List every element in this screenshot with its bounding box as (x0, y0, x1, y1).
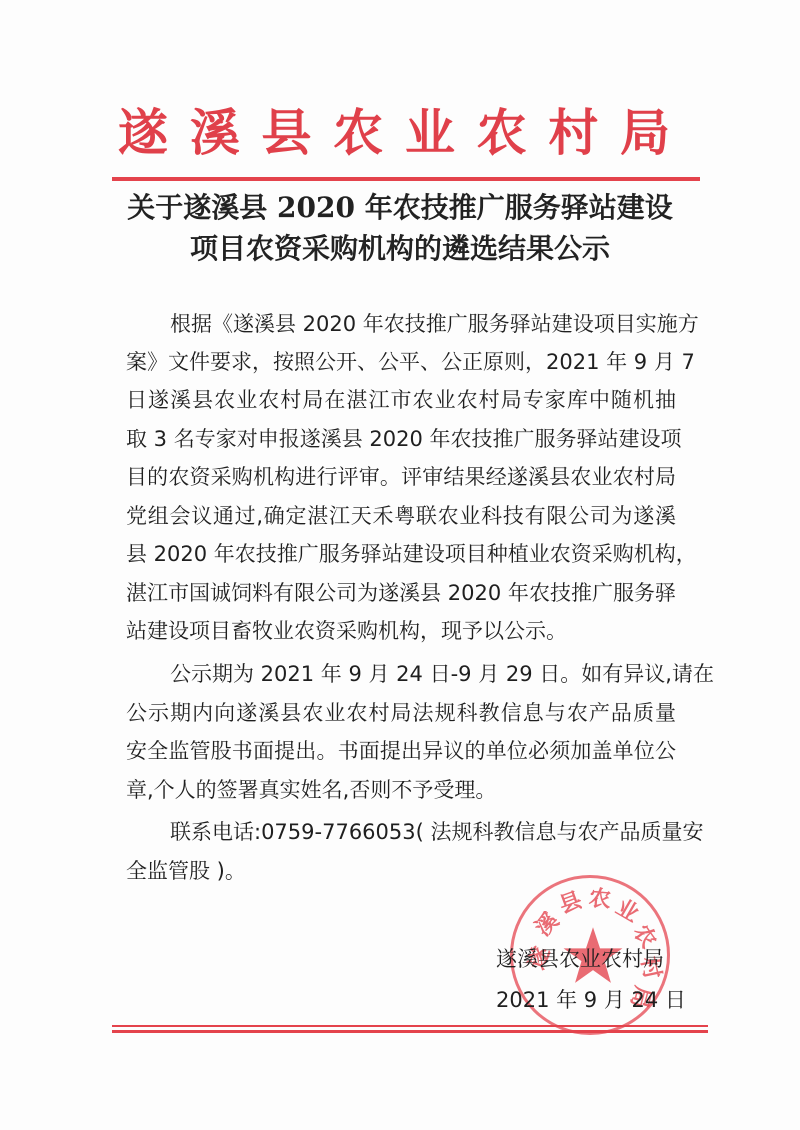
paragraph-line: 公示期内向遂溪县农业农村局法规科教信息与农产品质量 (126, 694, 676, 732)
contact-phone-line: 联系电话:0759-7766053( 法规科教信息与农产品质量安 (170, 813, 676, 851)
paragraph-line: 站建设项目畜牧业农资采购机构，现予以公示。 (126, 612, 676, 650)
document-title-line-1: 关于遂溪县 2020 年农技推广服务驿站建设 (100, 188, 700, 228)
issuer-signature: 遂溪县农业农村局 (496, 944, 664, 974)
paragraph-line: 根据《遂溪县 2020 年农技推广服务驿站建设项目实施方 (170, 305, 676, 343)
paragraph-line: 日遂溪县农业农村局在湛江市农业农村局专家库中随机抽 (126, 381, 676, 419)
paragraph-line: 公示期为 2021 年 9 月 24 日-9 月 29 日。如有异议,请在 (170, 655, 676, 693)
agency-header: 遂溪县农业农村局 (118, 100, 690, 166)
paragraph-line: 湛江市国诚饲料有限公司为遂溪县 2020 年农技推广服务驿 (126, 574, 676, 612)
paragraph-line: 党组会议通过,确定湛江天禾粤联农业科技有限公司为遂溪 (126, 497, 676, 535)
issue-date: 2021 年 9 月 24 日 (496, 985, 686, 1015)
paragraph-line: 章,个人的签署真实姓名,否则不予受理。 (126, 771, 676, 809)
footer-rule-top (112, 1025, 708, 1027)
seal-char: 农 (588, 881, 613, 914)
paragraph-line: 目的农资采购机构进行评审。评审结果经遂溪县农业农村局 (126, 458, 676, 496)
paragraph-line: 案》文件要求，按照公开、公平、公正原则，2021 年 9 月 7 (126, 343, 676, 381)
document-title-line-2: 项目农资采购机构的遴选结果公示 (100, 229, 700, 269)
paragraph-line: 安全监管股书面提出。书面提出异议的单位必须加盖单位公 (126, 732, 676, 770)
header-rule (112, 177, 700, 181)
paragraph-line: 县 2020 年农技推广服务驿站建设项目种植业农资采购机构， (126, 535, 676, 573)
footer-rule-bottom (112, 1030, 708, 1033)
paragraph-line: 取 3 名专家对申报遂溪县 2020 年农技推广服务驿站建设项 (126, 420, 676, 458)
